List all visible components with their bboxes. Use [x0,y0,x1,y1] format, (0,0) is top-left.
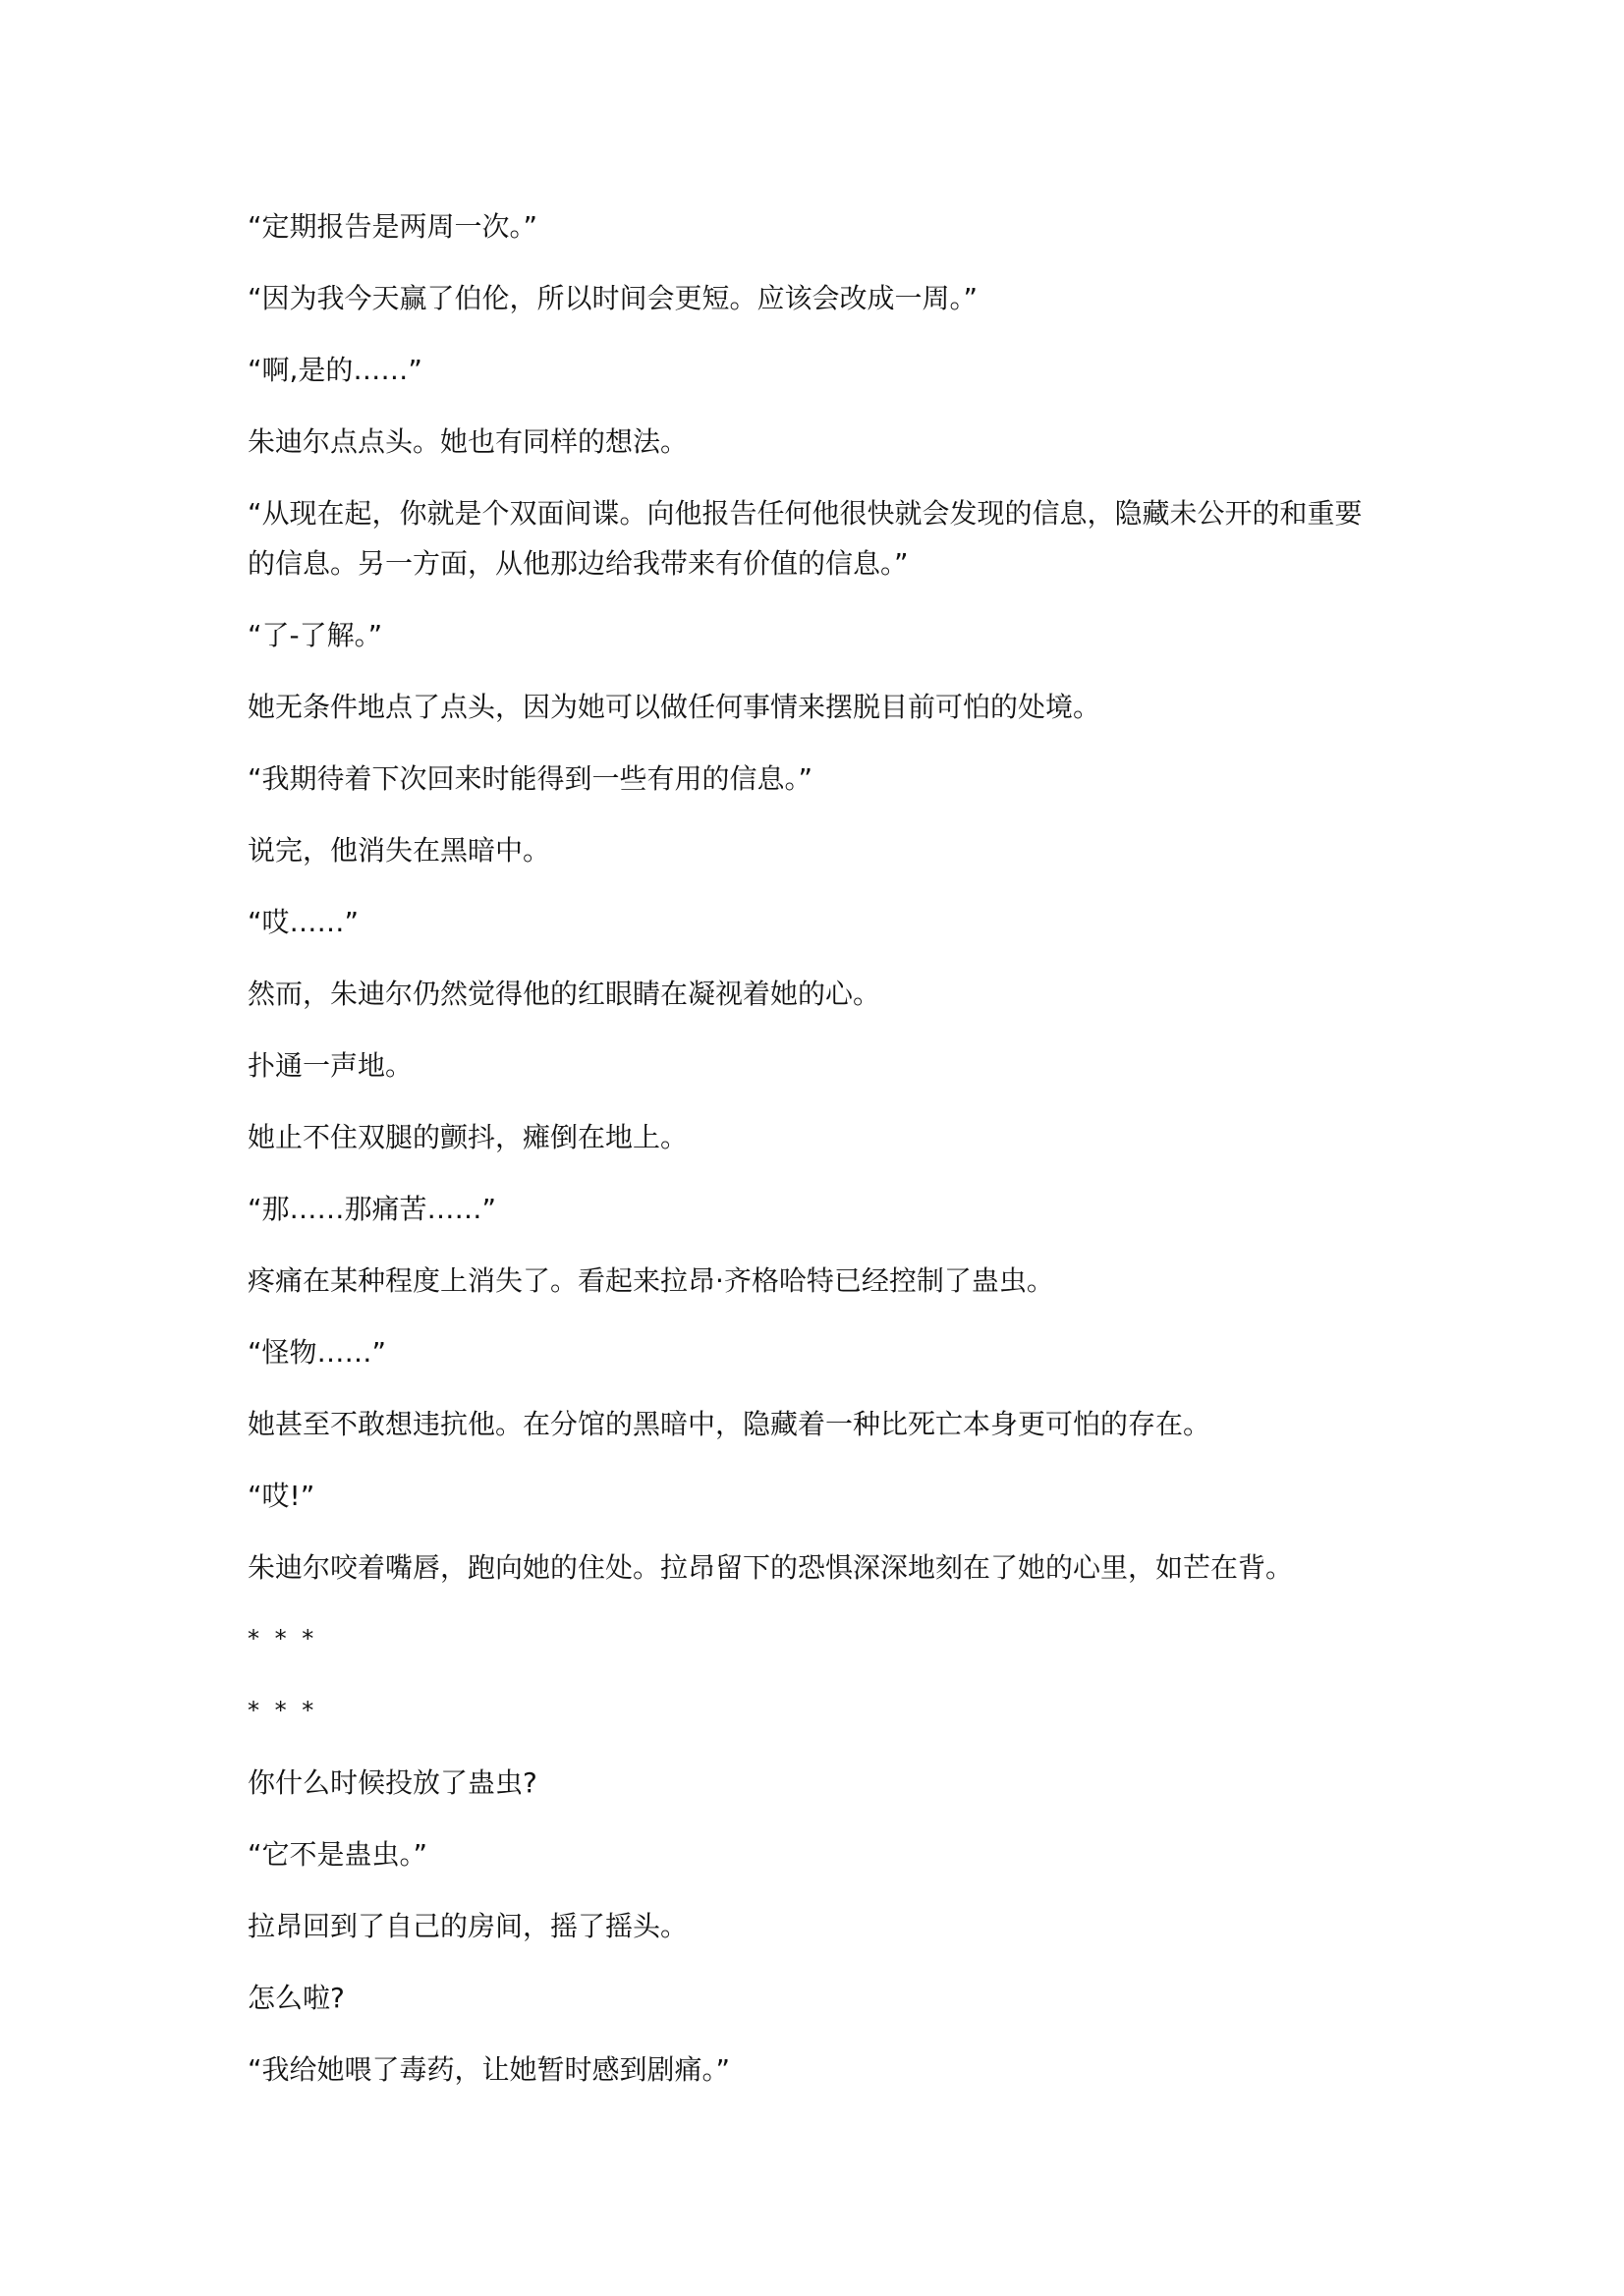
narration-paragraph: 拉昂回到了自己的房间，摇了摇头。 [248,1901,1387,1951]
narration-paragraph: 说完，他消失在黑暗中。 [248,825,1387,875]
scene-separator: * * * [248,1614,1387,1664]
narration-paragraph: 她止不住双腿的颤抖，瘫倒在地上。 [248,1112,1387,1162]
narration-paragraph: 你什么时候投放了蛊虫? [248,1758,1387,1808]
narration-paragraph: 她甚至不敢想违抗他。在分馆的黑暗中，隐藏着一种比死亡本身更可怕的存在。 [248,1399,1387,1449]
dialogue-paragraph: “哎……” [248,897,1387,947]
dialogue-paragraph: “啊,是的……” [248,345,1387,395]
dialogue-paragraph: “定期报告是两周一次。” [248,201,1387,252]
dialogue-paragraph: “怪物……” [248,1327,1387,1377]
scene-separator: * * * [248,1686,1387,1736]
narration-paragraph: 扑通一声地。 [248,1040,1387,1091]
dialogue-paragraph: “我给她喂了毒药，让她暂时感到剧痛。” [248,2044,1387,2095]
dialogue-paragraph: “那……那痛苦……” [248,1184,1387,1234]
narration-paragraph: 朱迪尔咬着嘴唇，跑向她的住处。拉昂留下的恐惧深深地刻在了她的心里，如芒在背。 [248,1542,1387,1593]
dialogue-paragraph: “了-了解。” [248,610,1387,660]
narration-paragraph: 然而，朱迪尔仍然觉得他的红眼睛在凝视着她的心。 [248,969,1387,1019]
dialogue-paragraph: “哎!” [248,1471,1387,1521]
document-page: “定期报告是两周一次。” “因为我今天赢了伯伦，所以时间会更短。应该会改成一周。… [248,201,1387,2116]
narration-paragraph: 怎么啦? [248,1973,1387,2023]
dialogue-paragraph: “从现在起，你就是个双面间谍。向他报告任何他很快就会发现的信息，隐藏未公开的和重… [248,488,1387,588]
dialogue-paragraph: “我期待着下次回来时能得到一些有用的信息。” [248,754,1387,804]
narration-paragraph: 她无条件地点了点头，因为她可以做任何事情来摆脱目前可怕的处境。 [248,682,1387,732]
narration-paragraph: 朱迪尔点点头。她也有同样的想法。 [248,417,1387,467]
dialogue-paragraph: “因为我今天赢了伯伦，所以时间会更短。应该会改成一周。” [248,273,1387,323]
dialogue-paragraph: “它不是蛊虫。” [248,1829,1387,1879]
narration-paragraph: 疼痛在某种程度上消失了。看起来拉昂·齐格哈特已经控制了蛊虫。 [248,1256,1387,1306]
